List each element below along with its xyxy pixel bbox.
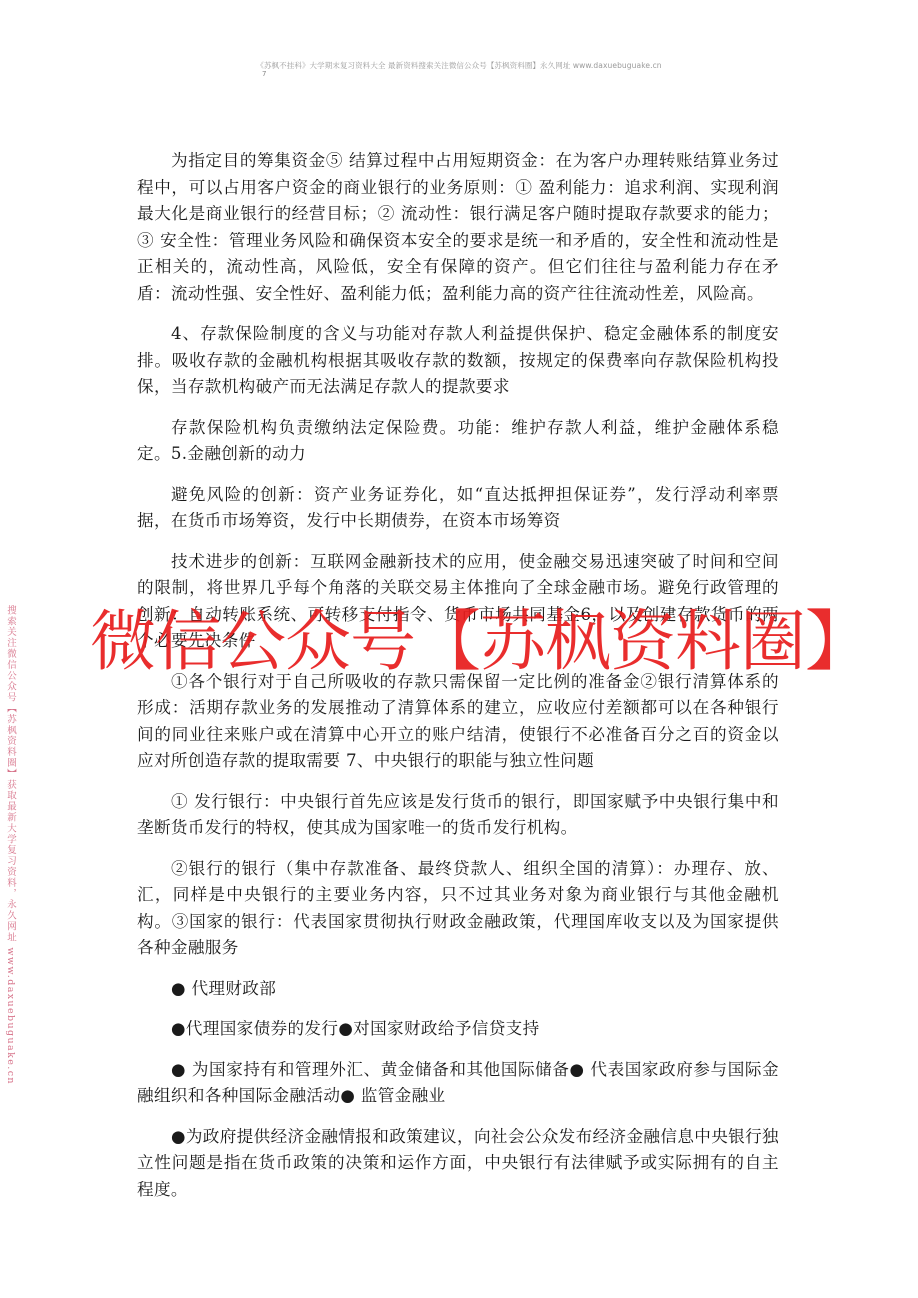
- paragraph-bankers-bank: ②银行的银行（集中存款准备、最终贷款人、组织全国的清算）：办理存、放、汇，同样是…: [137, 856, 779, 962]
- side-banner: 搜索关注微信公众号【苏枫资料圈】获取最新大学复习资料，永久网址 www.daxu…: [3, 605, 17, 1085]
- document-body: 为指定目的筹集资金⑤ 结算过程中占用短期资金：在为客户办理转账结算业务过程中，可…: [137, 148, 779, 1217]
- page-header: 《苏枫不挂科》大学期末复习资料大全 最新资料搜索关注微信公众号【苏枫资料圈】永久…: [0, 60, 918, 71]
- bullet-policy-advice: ●为政府提供经济金融情报和政策建议，向社会公众发布经济金融信息中央银行独立性问题…: [137, 1124, 779, 1204]
- paragraph-risk-innovation: 避免风险的创新：资产业务证券化，如“直达抵押担保证券”，发行浮动利率票据，在货币…: [137, 482, 779, 535]
- paragraph-tech-innovation: 技术进步的创新：互联网金融新技术的应用，使金融交易迅速突破了时间和空间的限制，将…: [137, 549, 779, 655]
- paragraph-issuing-bank: ① 发行银行：中央银行首先应该是发行货币的银行，即国家赋予中央银行集中和垄断货币…: [137, 789, 779, 842]
- bullet-reserves: ● 为国家持有和管理外汇、黄金储备和其他国际储备● 代表国家政府参与国际金融组织…: [137, 1057, 779, 1110]
- paragraph-insurance-function: 存款保险机构负责缴纳法定保险费。功能：维护存款人利益，维护金融体系稳定。5.金融…: [137, 415, 779, 468]
- paragraph-clearing-system: ①各个银行对于自己所吸收的存款只需保留一定比例的准备金②银行清算体系的形成：活期…: [137, 669, 779, 775]
- paragraph-deposit-insurance: 4、存款保险制度的含义与功能对存款人利益提供保护、稳定金融体系的制度安排。吸收存…: [137, 321, 779, 401]
- bullet-treasury-agent: ● 代理财政部: [137, 976, 779, 1003]
- header-mark: 7: [262, 70, 266, 78]
- bullet-bond-issuance: ●代理国家债券的发行●对国家财政给予信贷支持: [137, 1016, 779, 1043]
- paragraph-bank-principles: 为指定目的筹集资金⑤ 结算过程中占用短期资金：在为客户办理转账结算业务过程中，可…: [137, 148, 779, 307]
